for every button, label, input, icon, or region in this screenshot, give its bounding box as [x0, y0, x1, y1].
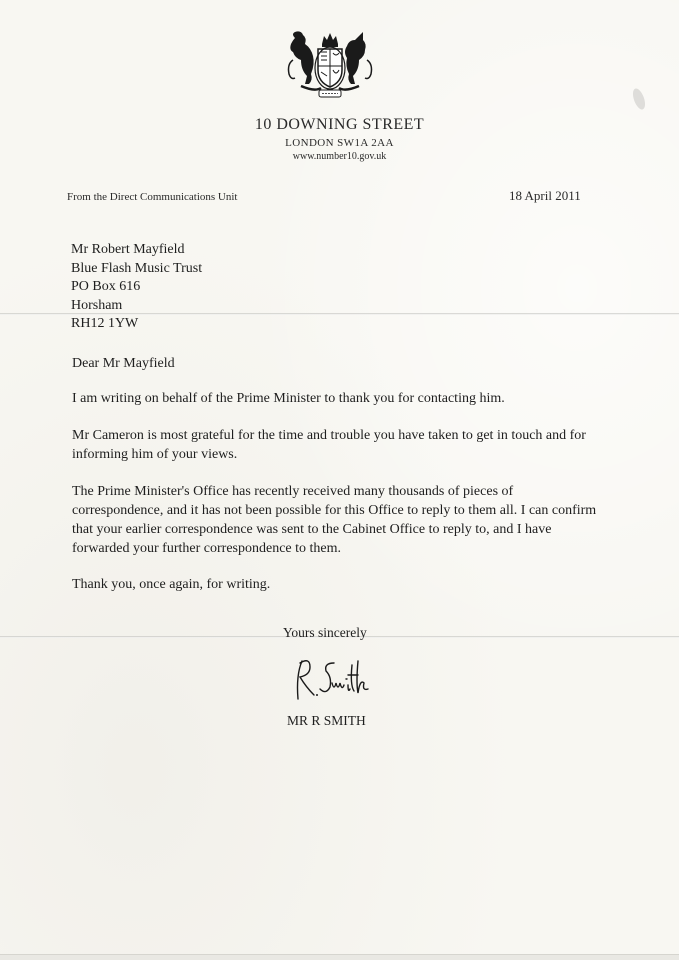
letterhead-address: LONDON SW1A 2AA: [0, 137, 679, 149]
body-paragraph: The Prime Minister's Office has recently…: [72, 482, 597, 558]
body-paragraph: Thank you, once again, for writing.: [72, 575, 602, 594]
sender-unit: From the Direct Communications Unit: [67, 191, 237, 203]
letter-date: 18 April 2011: [509, 188, 581, 204]
recipient-po-box: PO Box 616: [71, 278, 202, 297]
signatory-name: MR R SMITH: [287, 713, 366, 729]
body-paragraph: Mr Cameron is most grateful for the time…: [72, 426, 602, 464]
paper-bottom-edge: [0, 954, 679, 960]
paper-smudge: [631, 87, 648, 111]
recipient-address: Mr Robert Mayfield Blue Flash Music Trus…: [71, 241, 202, 334]
body-paragraph: I am writing on behalf of the Prime Mini…: [72, 389, 602, 408]
salutation: Dear Mr Mayfield: [72, 354, 602, 373]
letterhead-title: 10 DOWNING STREET: [0, 116, 679, 134]
handwritten-signature-icon: [290, 655, 375, 705]
royal-coat-of-arms-icon: [285, 30, 375, 102]
letter-page: 10 DOWNING STREET LONDON SW1A 2AA www.nu…: [0, 0, 679, 960]
recipient-name: Mr Robert Mayfield: [71, 241, 202, 260]
recipient-postcode: RH12 1YW: [71, 315, 202, 334]
recipient-town: Horsham: [71, 297, 202, 316]
recipient-organisation: Blue Flash Music Trust: [71, 260, 202, 279]
closing-phrase: Yours sincerely: [283, 625, 367, 641]
letterhead-website: www.number10.gov.uk: [0, 151, 679, 162]
